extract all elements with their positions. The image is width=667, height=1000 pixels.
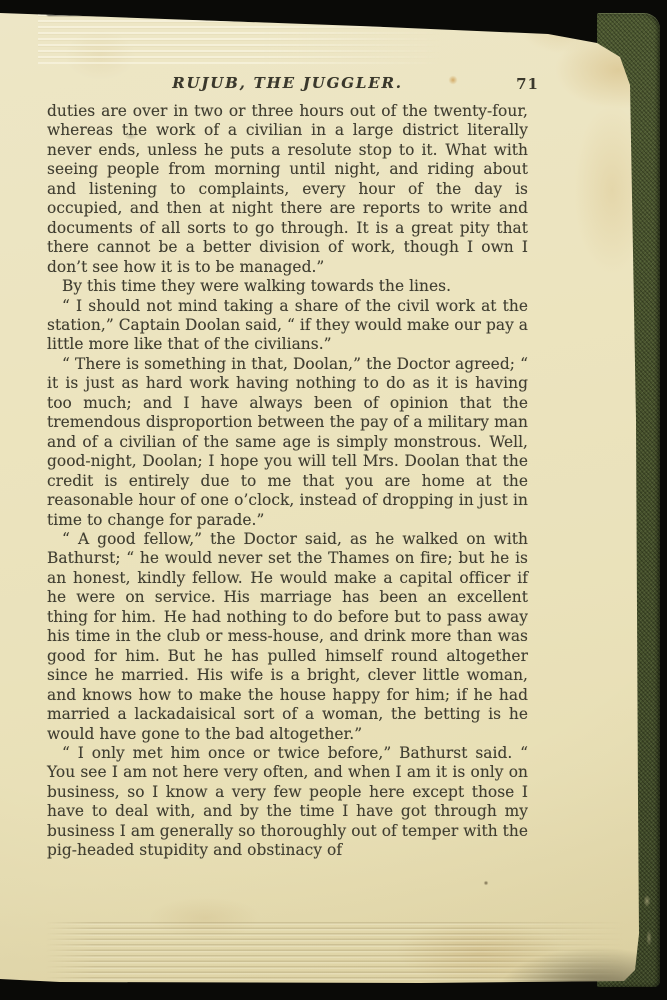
paragraph-1: duties are over in two or three hours ou…: [47, 102, 528, 277]
running-header-title: RUJUB, THE JUGGLER.: [47, 74, 528, 92]
paragraph-5: “ A good fellow,” the Doctor said, as he…: [47, 530, 528, 744]
paragraph-6: “ I only met him once or twice before,” …: [47, 744, 528, 861]
page-stack-edges-bottom: [46, 922, 641, 982]
scan-shadow-streak: [46, 10, 566, 16]
page-number: 71: [516, 75, 539, 93]
page-stack-edges-top: [38, 14, 470, 64]
paragraph-4: “ There is something in that, Doolan,” t…: [47, 355, 528, 530]
book-page: RUJUB, THE JUGGLER. 71 duties are over i…: [0, 0, 641, 984]
paragraph-2: By this time they were walking towards t…: [47, 277, 528, 296]
running-header: RUJUB, THE JUGGLER. 71: [47, 74, 528, 94]
paragraph-3: “ I should not mind taking a share of th…: [47, 297, 528, 355]
body-text: duties are over in two or three hours ou…: [47, 102, 528, 861]
